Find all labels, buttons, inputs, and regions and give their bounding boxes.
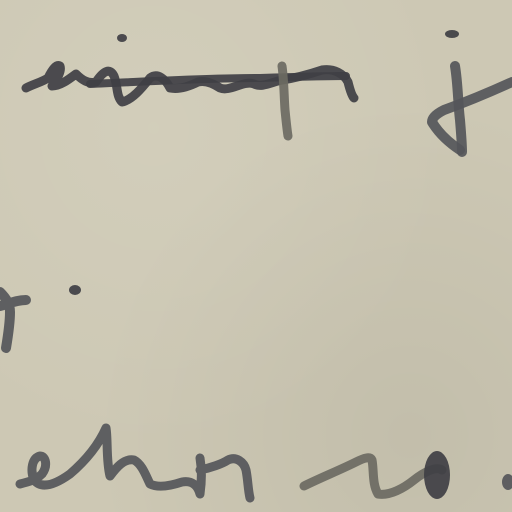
line-3-loop-stroke (424, 451, 450, 499)
ink-strokes (0, 0, 512, 512)
line-2-left-fragment-stroke (0, 292, 26, 348)
line-1-word-right-cross-stroke (432, 82, 512, 150)
line-1-t-stem-stroke (282, 66, 288, 136)
line-3-word-left-stroke (20, 428, 250, 498)
line-1-word-right-dot-stroke (445, 30, 459, 38)
line-1-dot-stroke (117, 34, 127, 42)
line-1-word-left-stroke (26, 66, 354, 102)
manuscript-sheet: Cursive ink strokes are not legible as w… (0, 0, 512, 512)
line-3-word-right-stroke (304, 458, 442, 494)
line-2-dot-stroke (69, 285, 81, 295)
line-3-edge-fragment-stroke (502, 474, 512, 490)
